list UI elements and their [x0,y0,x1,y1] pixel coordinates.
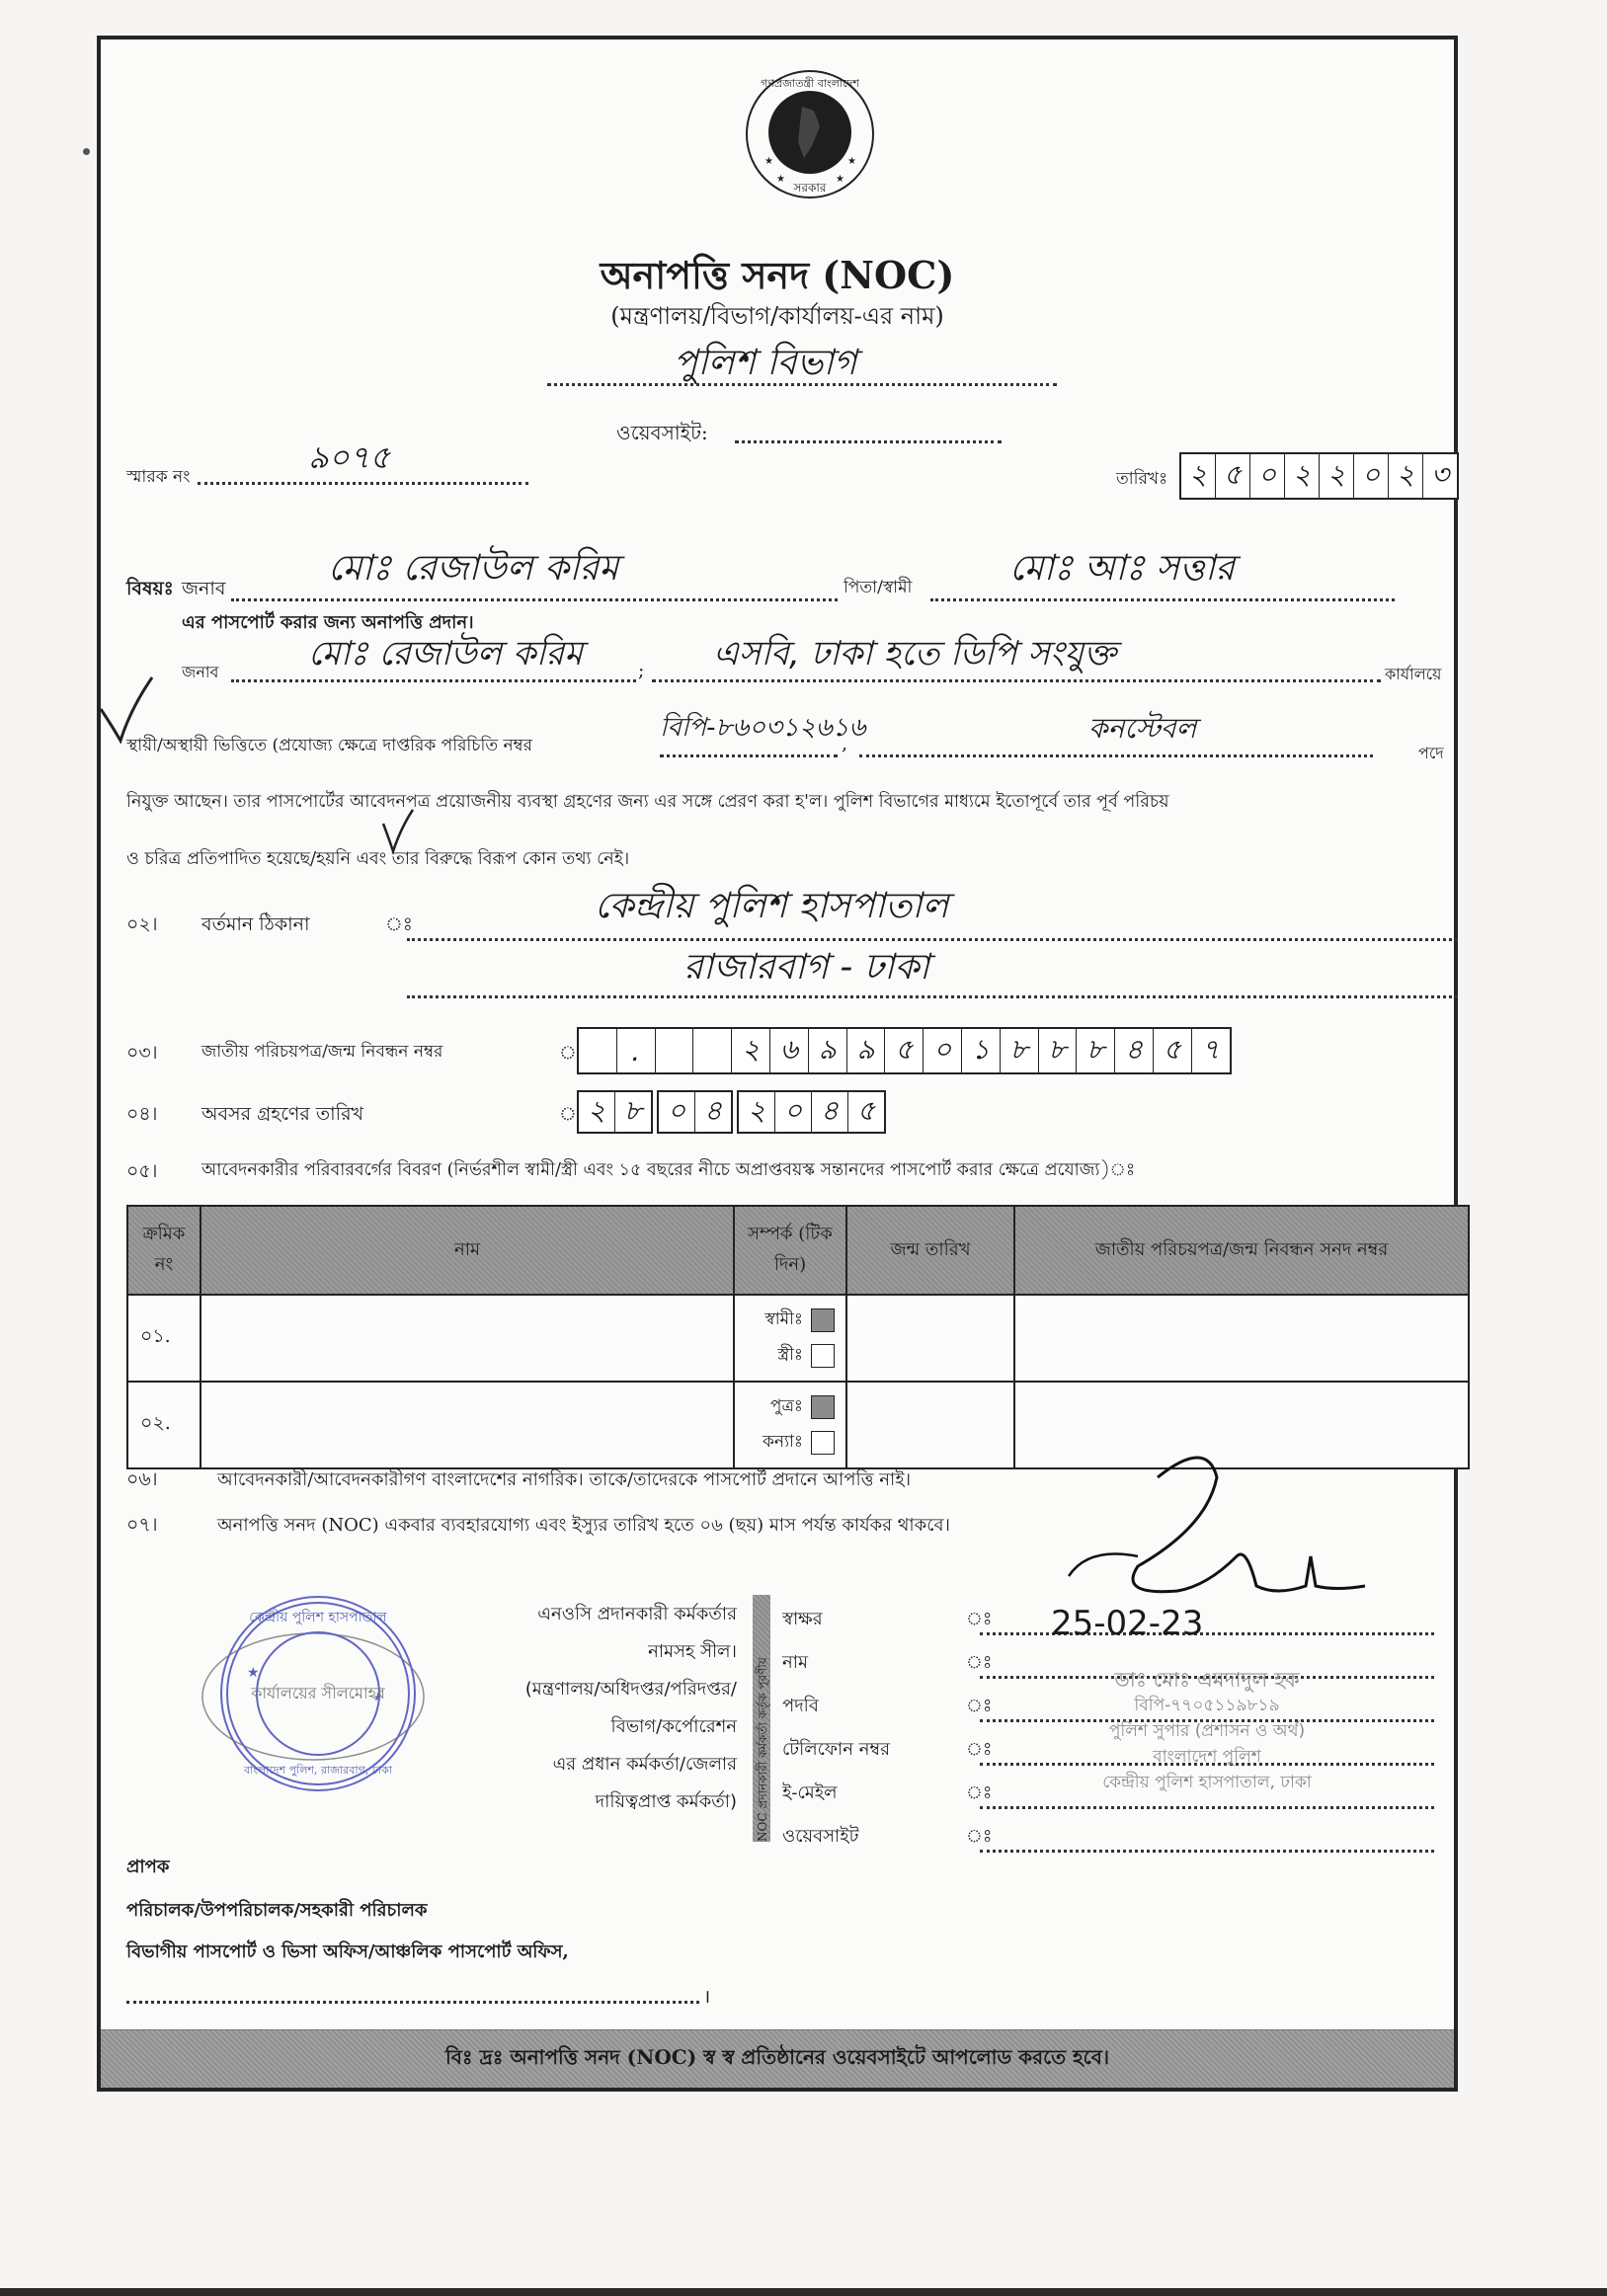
item-03-number: ০৩। [126,1039,158,1070]
family-relation-cell: পুত্রঃকন্যাঃ [734,1382,846,1468]
body-office-value: এসবি, ঢাকা হতে ডিপি সংযুক্ত [713,628,1116,684]
officer-field-colon: ঃ [966,1605,980,1635]
officer-field-label: ই-মেইল [782,1779,966,1809]
retirement-month[interactable]: ০৪ [657,1090,733,1134]
name-stamp-line: পুলিশ সুপার (প্রশাসন ও অর্থ) [980,1718,1434,1744]
item-04-number: ০৪। [126,1100,157,1132]
date-digit-cell[interactable]: ২ [1181,454,1216,498]
svg-text:★: ★ [776,174,785,185]
nid-digit-cell[interactable]: ৬ [770,1029,809,1072]
relation-label: পুত্রঃ [770,1393,803,1421]
family-dob-cell[interactable] [846,1295,1014,1382]
footer-note-text: বিঃ দ্রঃ অনাপত্তি সনদ (NOC) স্ব স্ব প্রত… [445,2043,1109,2076]
signed-date: 25-02-23 [1051,1604,1203,1643]
footer-note: বিঃ দ্রঃ অনাপত্তি সনদ (NOC) স্ব স্ব প্রত… [101,2029,1454,2088]
svg-text:বাংলাদেশ পুলিশ, রাজারবাগ, ঢাকা: বাংলাদেশ পুলিশ, রাজারবাগ, ঢাকা [243,1764,393,1777]
retirement-day-digit-cell[interactable]: ২ [579,1092,615,1132]
col-nid: জাতীয় পরিচয়পত্র/জন্ম নিবন্ধন সনদ নম্বর [1014,1206,1469,1295]
retirement-year-digit-cell[interactable]: ২ [739,1092,775,1132]
svg-text:★: ★ [247,1665,260,1681]
family-table-row: ০১.স্বামীঃস্ত্রীঃ [127,1295,1469,1382]
citizenship-text: আবেদনকারী/আবেদনকারীগণ বাংলাদেশের নাগরিক।… [217,1465,911,1496]
item-02-number: ০২। [126,910,158,942]
item-07-number: ০৭। [126,1511,158,1543]
nid-digit-cell[interactable]: ৮ [1039,1029,1078,1072]
nid-digit-cell[interactable]: ৮ [1077,1029,1115,1072]
nid-digit-cell[interactable]: ৯ [847,1029,886,1072]
officer-field-input[interactable] [980,1834,1434,1853]
father-label: পিতা/স্বামী [844,575,912,602]
family-label: আবেদনকারীর পরিবারবর্গের বিবরণ (নির্ভরশীল… [201,1157,1135,1186]
relation-checkbox[interactable] [811,1344,835,1368]
col-dob: জন্ম তারিখ [846,1206,1014,1295]
recipient-line-1: পরিচালক/উপপরিচালক/সহকারী পরিচালক [126,1896,428,1927]
officer-field-label: স্বাক্ষর [782,1605,966,1635]
officer-field-label: পদবি [782,1692,966,1722]
basis-label: স্থায়ী/অস্থায়ী ভিত্তিতে (প্রযোজ্য ক্ষে… [126,733,532,760]
name-stamp-line: বিপি-৭৭০৫১১৯৮১৯ [980,1693,1434,1718]
website-field[interactable] [735,421,1002,443]
officer-field-input[interactable] [980,1617,1434,1635]
recipient-line-2: বিভাগীয় পাসপোর্ট ও ভিসা অফিস/আঞ্চলিক পা… [126,1938,569,1968]
form-subtitle: (মন্ত্রণালয়/বিভাগ/কার্যালয়-এর নাম) [101,298,1454,338]
recipient-line-3-suffix: । [703,1983,710,2009]
memo-value: ৯০৭৫ [308,433,390,486]
subject-label: বিষয়ঃ [126,575,174,606]
name-stamp-line: ডাঃ মোঃ এমদাদুল হক [980,1667,1434,1693]
government-emblem-icon: ★ ★ ★ ★ সরকার গণপ্রজাতন্ত্রী বাংলাদেশ [743,67,877,201]
office-name-value: পুলিশ বিভাগ [674,336,857,395]
nid-digit-cell[interactable]: ১ [962,1029,1001,1072]
officer-field-colon: ঃ [966,1822,980,1853]
body-paragraph-2: ও চরিত্র প্রতিপাদিত হয়েছে/হয়নি এবং তার… [126,849,629,870]
nid-label: জাতীয় পরিচয়পত্র/জন্ম নিবন্ধন নম্বর [201,1039,442,1067]
father-name-value: মোঃ আঃ সত্তার [1009,541,1235,600]
svg-text:কেন্দ্রীয় পুলিশ হাসপাতাল: কেন্দ্রীয় পুলিশ হাসপাতাল [249,1609,387,1625]
col-serial: ক্রমিক নং [127,1206,201,1295]
col-relation: সম্পর্ক (টিক দিন) [734,1206,846,1295]
subject-janab-label: জনাব [182,575,225,606]
family-serial: ০২. [127,1382,201,1468]
recipient-office-field[interactable] [126,1987,699,2004]
address-line-2-field[interactable] [407,974,1458,998]
retirement-date-boxes[interactable]: ২৮ ০৪ ২০৪৫ [577,1090,886,1134]
svg-text:★: ★ [836,174,844,185]
retirement-year-digit-cell[interactable]: ০ [775,1092,812,1132]
scan-edge [0,2288,1607,2296]
date-digit-cell[interactable]: ০ [1354,454,1389,498]
family-relation-cell: স্বামীঃস্ত্রীঃ [734,1295,846,1382]
scan-speck [83,148,90,155]
body-janab-label: জনাব [182,660,218,686]
col-name: নাম [201,1206,734,1295]
officer-field-label: ওয়েবসাইট [782,1822,966,1853]
relation-option[interactable]: কন্যাঃ [763,1429,835,1457]
nid-digit-cell[interactable] [579,1029,617,1072]
subject-name-value: মোঃ রেজাউল করিম [328,541,618,600]
date-digit-cell[interactable]: ২ [1285,454,1320,498]
family-name-cell[interactable] [201,1382,734,1468]
nid-digit-cell[interactable]: ২ [732,1029,770,1072]
officer-name-stamp: ডাঃ মোঃ এমদাদুল হকবিপি-৭৭০৫১১৯৮১৯পুলিশ স… [980,1667,1434,1795]
designation-suffix: পদে [1418,741,1444,767]
date-digit-cell[interactable]: ৩ [1423,454,1457,498]
officer-description-line: এর প্রধান কর্মকর্তা/জেলার [525,1746,737,1783]
svg-text:★: ★ [764,156,773,167]
family-name-cell[interactable] [201,1295,734,1382]
nid-digit-cell[interactable]: ৮ [1001,1029,1039,1072]
retirement-year-digit-cell[interactable]: ৪ [812,1092,848,1132]
officer-description-line: (মন্ত্রণালয়/অধিদপ্তর/পরিদপ্তর/ [525,1671,737,1708]
relation-label: কন্যাঃ [763,1429,803,1457]
svg-text:★: ★ [847,156,856,167]
relation-label: স্বামীঃ [764,1306,803,1334]
family-table: ক্রমিক নং নাম সম্পর্ক (টিক দিন) জন্ম তার… [126,1205,1470,1469]
nid-digit-cell[interactable] [693,1029,732,1072]
officer-section-strip: NOC প্রদানকারী কর্মকর্তা কর্তৃক পূরণীয় [753,1595,770,1842]
address-label: বর্তমান ঠিকানা [201,910,310,942]
officer-field-label: টেলিফোন নম্বর [782,1735,966,1766]
family-serial: ০১. [127,1295,201,1382]
officer-description: এনওসি প্রদানকারী কর্মকর্তারনামসহ সীল।(মন… [525,1596,737,1821]
address-line-2-value: রাজারবাগ - ঢাকা [683,940,929,999]
retirement-month-digit-cell[interactable]: ৪ [695,1092,731,1132]
nid-digit-cell[interactable]: ৭ [1192,1029,1230,1072]
name-stamp-line: বাংলাদেশ পুলিশ [980,1744,1434,1770]
nid-digit-cell[interactable] [656,1029,694,1072]
office-seal-icon: ★ ★ কেন্দ্রীয় পুলিশ হাসপাতাল বাংলাদেশ প… [200,1580,427,1807]
officer-field-colon: ঃ [966,1692,980,1722]
date-boxes[interactable]: ২৫০২২০২৩ [1179,452,1459,500]
nid-digit-cell[interactable]: ৫ [1154,1029,1192,1072]
nid-digit-cell[interactable]: ৫ [885,1029,924,1072]
item-05-number: ০৫। [126,1157,157,1189]
id-number-value: বিপি-৮৬০৩১২৬১৬ [660,707,865,751]
relation-option[interactable]: স্ত্রীঃ [777,1342,835,1370]
retirement-day[interactable]: ২৮ [577,1090,653,1134]
designation-value: কনস্টেবল [1088,707,1196,753]
svg-text:সরকার: সরকার [792,181,826,195]
relation-checkbox[interactable] [811,1431,835,1455]
noc-form: ★ ★ ★ ★ সরকার গণপ্রজাতন্ত্রী বাংলাদেশ অন… [97,36,1458,2092]
family-table-header: ক্রমিক নং নাম সম্পর্ক (টিক দিন) জন্ম তার… [127,1206,1469,1295]
relation-option[interactable]: স্বামীঃ [764,1306,835,1334]
officer-description-line: দায়িত্বপ্রাপ্ত কর্মকর্তা) [525,1783,737,1821]
officer-field-colon: ঃ [966,1648,980,1679]
nid-digit-cell[interactable]: ০ [924,1029,962,1072]
body-paragraph-1: নিযুক্ত আছেন। তার পাসপোর্টের আবেদনপত্র প… [126,792,1440,813]
body-name-value: মোঃ রেজাউল করিম [308,628,583,684]
family-nid-cell[interactable] [1014,1295,1469,1382]
body-office-suffix: কার্যালয়ে [1385,662,1441,688]
family-dob-cell[interactable] [846,1382,1014,1468]
officer-field-label: নাম [782,1648,966,1679]
officer-field-row: ওয়েবসাইটঃ [782,1809,1434,1853]
retirement-year-digit-cell[interactable]: ৫ [848,1092,884,1132]
nid-digit-cell[interactable]: . [617,1029,656,1072]
nid-boxes[interactable]: .২৬৯৯৫০১৮৮৮৪৫৭ [577,1027,1232,1074]
validity-text: অনাপত্তি সনদ (NOC) একবার ব্যবহারযোগ্য এব… [217,1511,950,1542]
relation-option[interactable]: পুত্রঃ [770,1393,835,1421]
date-digit-cell[interactable]: ২ [1389,454,1423,498]
website-label: ওয়েবসাইট: [616,419,708,451]
date-digit-cell[interactable]: ০ [1250,454,1285,498]
comma: , [842,733,847,754]
retirement-year[interactable]: ২০৪৫ [737,1090,886,1134]
officer-description-line: বিভাগ/কর্পোরেশন [525,1708,737,1746]
nid-digit-cell[interactable]: ৪ [1115,1029,1154,1072]
date-label: তারিখঃ [1116,466,1167,494]
officer-description-line: নামসহ সীল। [525,1633,737,1671]
item-06-number: ০৬। [126,1465,158,1497]
retirement-label: অবসর গ্রহণের তারিখ [201,1100,363,1132]
date-digit-cell[interactable]: ২ [1320,454,1354,498]
relation-label: স্ত্রীঃ [777,1342,803,1370]
officer-field-colon: ঃ [966,1779,980,1809]
semicolon: ; [638,660,644,681]
svg-text:গণপ্রজাতন্ত্রী বাংলাদেশ: গণপ্রজাতন্ত্রী বাংলাদেশ [761,77,859,90]
officer-description-line: এনওসি প্রদানকারী কর্মকর্তার [525,1596,737,1633]
retirement-day-digit-cell[interactable]: ৮ [615,1092,651,1132]
officer-field-colon: ঃ [966,1735,980,1766]
address-line-1-value: কেন্দ্রীয় পুলিশ হাসপাতাল [595,879,948,938]
retirement-month-digit-cell[interactable]: ০ [659,1092,695,1132]
relation-checkbox[interactable] [811,1308,835,1332]
date-digit-cell[interactable]: ৫ [1216,454,1250,498]
recipient-heading: প্রাপক [126,1853,169,1883]
nid-digit-cell[interactable]: ৯ [809,1029,847,1072]
relation-checkbox[interactable] [811,1395,835,1419]
memo-label: স্মারক নং [126,464,190,492]
name-stamp-line: কেন্দ্রীয় পুলিশ হাসপাতাল, ঢাকা [980,1770,1434,1795]
svg-text:কার্যালয়ের সীলমোহর: কার্যালয়ের সীলমোহর [250,1684,386,1702]
